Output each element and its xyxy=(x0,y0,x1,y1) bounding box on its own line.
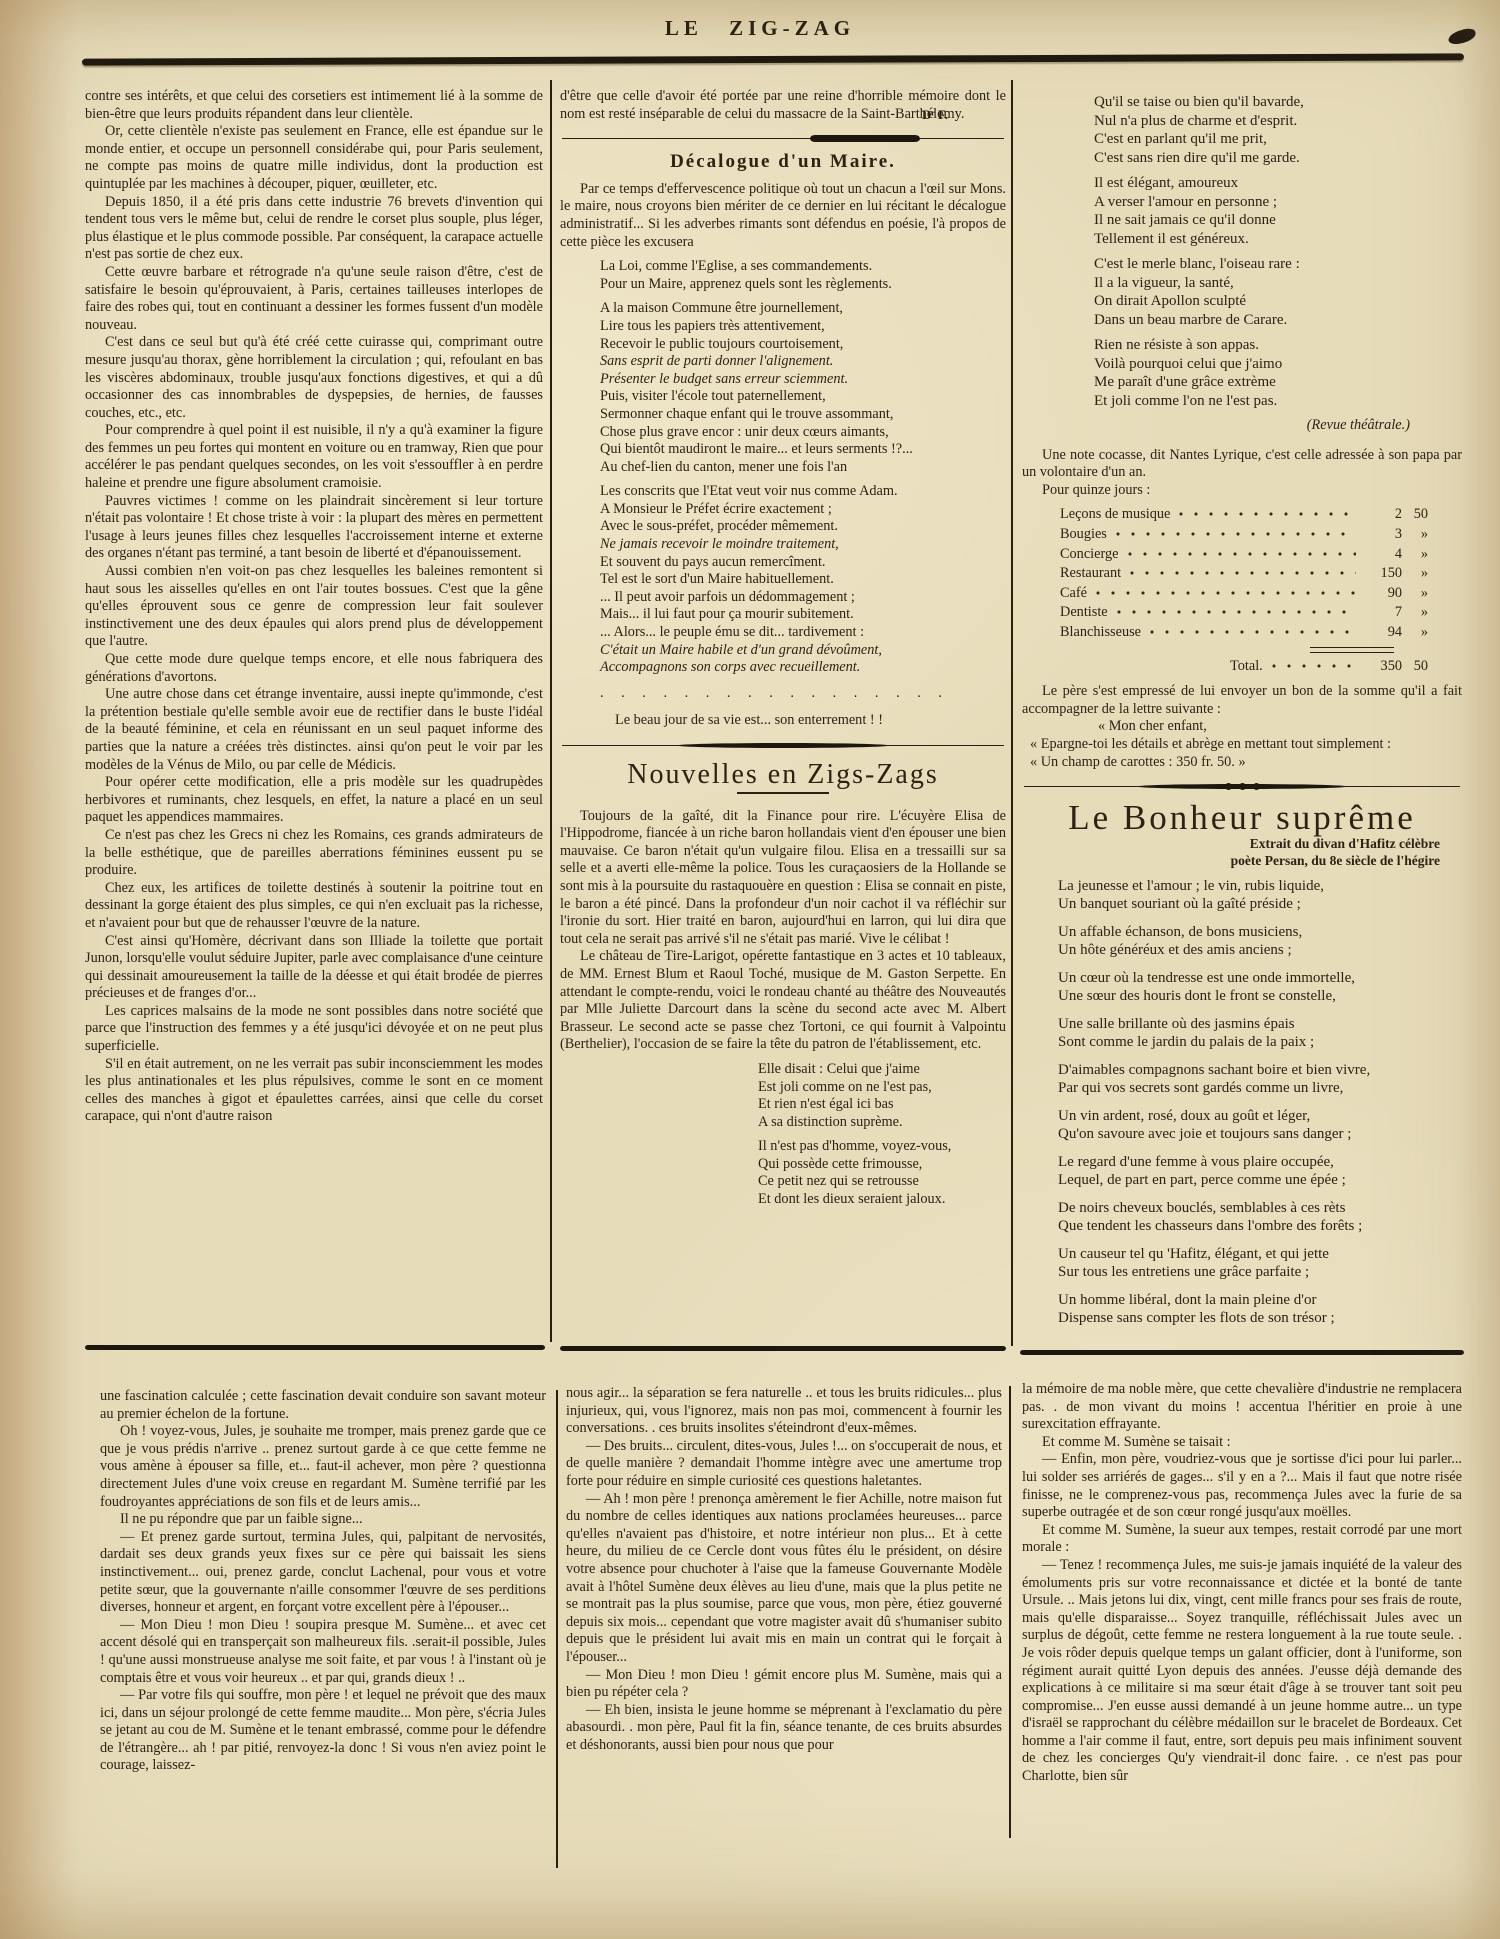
article-paragraph: Les caprices malsains de la mode ne sont… xyxy=(85,1003,543,1056)
decalogue-stanza: A la maison Commune être journellement,L… xyxy=(600,300,1006,476)
verse-line: Elle disait : Celui que j'aime xyxy=(758,1061,1006,1079)
feuilleton-paragraph: — Ah ! mon père ! prenonça amèrement le … xyxy=(566,1491,1002,1667)
note-paragraph: Pour quinze jours : xyxy=(1022,482,1462,500)
dot-leaders xyxy=(1095,584,1356,597)
dot-leaders xyxy=(1115,525,1356,538)
verse-line: C'est en parlant qu'il me prit, xyxy=(1094,130,1462,149)
feuilleton-paragraph: — Des bruits... circulent, dites-vous, J… xyxy=(566,1438,1002,1491)
rondeau-stanza: Elle disait : Celui que j'aimeEst joli c… xyxy=(758,1061,1006,1131)
feuilleton-paragraph: nous agir... la séparation se fera natur… xyxy=(566,1385,1002,1438)
bonheur-couplet: Un vin ardent, rosé, doux au goût et lég… xyxy=(1058,1107,1462,1144)
verse-line: Les conscrits que l'Etat veut voir nus c… xyxy=(600,483,1006,501)
feuilleton-column-1: une fascination calculée ; cette fascina… xyxy=(100,1388,546,1775)
verse-line: Et rien n'est égal ici bas xyxy=(758,1096,1006,1114)
poem-attribution: (Revue théâtrale.) xyxy=(1022,417,1462,435)
expense-amount: 2 xyxy=(1364,506,1402,524)
masthead-rule xyxy=(82,53,1464,65)
verse-line: Un affable échanson, de bons musiciens, xyxy=(1058,923,1462,942)
expense-label: Restaurant xyxy=(1060,565,1121,583)
feuilleton-paragraph: Et comme M. Sumène, la sueur aux tempes,… xyxy=(1022,1522,1462,1557)
feuilleton-paragraph: Et comme M. Sumène se taisait : xyxy=(1022,1434,1462,1452)
verse-line: Au chef-lien du canton, mener une fois l… xyxy=(600,459,1006,477)
verse-line: D'aimables compagnons sachant boire et b… xyxy=(1058,1061,1462,1080)
feuilleton-paragraph: — Tenez ! recommença Jules, me suis-je j… xyxy=(1022,1557,1462,1786)
verse-line: Qui bientôt maudiront le maire... et leu… xyxy=(600,441,1006,459)
article-paragraph: Cette œuvre barbare et rétrograde n'a qu… xyxy=(85,264,543,334)
expense-row: Restaurant 150 » xyxy=(1060,564,1428,583)
verse-line: A la maison Commune être journellement, xyxy=(600,300,1006,318)
total-amount: 350 xyxy=(1364,658,1402,676)
verse-line: C'est sans rien dire qu'il me garde. xyxy=(1094,149,1462,168)
dot-leaders xyxy=(1127,545,1357,558)
verse-line: Sont comme le jardin du palais de la pai… xyxy=(1058,1033,1462,1052)
expense-row: Leçons de musique 2 50 xyxy=(1060,505,1428,524)
verse-line: Et souvent du pays aucun remercîment. xyxy=(600,554,1006,572)
verse-line: Mais... il lui faut pour ça mourir subit… xyxy=(600,606,1006,624)
subtitle-line: poète Persan, du 8e siècle de l'hégire xyxy=(1022,852,1440,869)
verse-line: Le regard d'une femme à vous plaire occu… xyxy=(1058,1153,1462,1172)
letter-line: « Epargne-toi les détails et abrège en m… xyxy=(1022,736,1462,754)
bonheur-couplet: Un cœur où la tendresse est une onde imm… xyxy=(1058,969,1462,1006)
verse-line: Avec le sous-préfet, procéder mêmement. xyxy=(600,518,1006,536)
expense-label: Concierge xyxy=(1060,546,1119,564)
verse-line: Ne jamais recevoir le moindre traitement… xyxy=(600,536,1006,554)
expense-amount: 4 xyxy=(1364,546,1402,564)
article-title-bonheur: Le Bonheur suprême xyxy=(1022,809,1462,827)
feuilleton-paragraph: Il ne pu répondre que par un faible sign… xyxy=(100,1511,546,1529)
letter-line: « Mon cher enfant, xyxy=(1098,718,1462,736)
verse-line: Sermonner chaque enfant qui le trouve as… xyxy=(600,406,1006,424)
ornament-divider xyxy=(562,740,1004,752)
expense-list: Leçons de musique 2 50 Bougies 3 » Conci… xyxy=(1022,505,1462,675)
expense-label: Leçons de musique xyxy=(1060,506,1170,524)
verse-line: Et dont les dieux seraient jaloux. xyxy=(758,1191,1006,1209)
newspaper-page: LE ZIG-ZAG contre ses intérêts, et que c… xyxy=(0,0,1500,1939)
verse-line: Lequel, de part en part, perce comme une… xyxy=(1058,1171,1462,1190)
article-paragraph: C'est ainsi qu'Homère, décrivant dans so… xyxy=(85,933,543,1003)
article-paragraph: Que cette mode dure quelque temps encore… xyxy=(85,651,543,686)
verse-line: On dirait Apollon sculpté xyxy=(1094,292,1462,311)
verse-line: Nul n'a plus de charme et d'esprit. xyxy=(1094,112,1462,131)
verse-line: De noirs cheveux bouclés, semblables à c… xyxy=(1058,1199,1462,1218)
bonheur-couplet: La jeunesse et l'amour ; le vin, rubis l… xyxy=(1058,877,1462,914)
theatre-poem-stanza: C'est le merle blanc, l'oiseau rare :Il … xyxy=(1094,255,1462,329)
article-paragraph: Ce n'est pas chez les Grecs ni chez les … xyxy=(85,827,543,880)
feuilleton-paragraph: — Mon Dieu ! mon Dieu ! gémit encore plu… xyxy=(566,1667,1002,1702)
ornament-divider xyxy=(562,133,1004,145)
feuilleton-paragraph: — Enfin, mon père, voudriez-vous que je … xyxy=(1022,1451,1462,1521)
verse-line: Par qui vos secrets sont gardés comme un… xyxy=(1058,1079,1462,1098)
expense-label: Bougies xyxy=(1060,526,1107,544)
verse-line: A verser l'amour en personne ; xyxy=(1094,193,1462,212)
expense-amount: 94 xyxy=(1364,624,1402,642)
theatre-poem-stanza: Qu'il se taise ou bien qu'il bavarde,Nul… xyxy=(1094,93,1462,167)
theatre-poem-stanza: Il est élégant, amoureuxA verser l'amour… xyxy=(1094,174,1462,248)
verse-line: La Loi, comme l'Eglise, a ses commandeme… xyxy=(600,258,1006,276)
newspaper-title: LE ZIG-ZAG xyxy=(40,16,1480,41)
verse-line: Que tendent les chasseurs dans l'ombre d… xyxy=(1058,1217,1462,1236)
expense-row: Dentiste 7 » xyxy=(1060,603,1428,622)
feuilleton-paragraph: une fascination calculée ; cette fascina… xyxy=(100,1388,546,1423)
expense-amount: 90 xyxy=(1364,585,1402,603)
total-label: Total. xyxy=(1230,658,1263,676)
expense-cents: » xyxy=(1402,526,1428,544)
feuilleton-paragraph: — Mon Dieu ! mon Dieu ! soupira presque … xyxy=(100,1617,546,1687)
expense-cents: » xyxy=(1402,624,1428,642)
decalogue-closing: Le beau jour de sa vie est... son enterr… xyxy=(615,712,1006,730)
verse-line: Un homme libéral, dont la main pleine d'… xyxy=(1058,1291,1462,1310)
article-title-nouvelles: Nouvelles en Zigs-Zags xyxy=(560,766,1006,784)
divider-circles xyxy=(1239,783,1246,790)
expense-amount: 3 xyxy=(1364,526,1402,544)
feuilleton-paragraph: — Par votre fils qui souffre, mon père !… xyxy=(100,1687,546,1775)
divider-ornament xyxy=(810,135,920,142)
dot-leaders xyxy=(1178,505,1356,518)
article-paragraph: Depuis 1850, il a été pris dans cette in… xyxy=(85,194,543,264)
article-paragraph: C'est dans ce seul but qu'à été créé cet… xyxy=(85,334,543,422)
title-underline xyxy=(737,792,829,794)
verse-line: Chose plus grave encor : unir deux cœurs… xyxy=(600,424,1006,442)
expense-cents: » xyxy=(1402,604,1428,622)
right-column: Qu'il se taise ou bien qu'il bavarde,Nul… xyxy=(1022,86,1462,1337)
article-paragraph: Une autre chose dans cet étrange inventa… xyxy=(85,686,543,774)
section-rule xyxy=(85,1345,545,1350)
verse-line: Qui possède cette frimousse, xyxy=(758,1156,1006,1174)
expense-row: Blanchisseuse 94 » xyxy=(1060,623,1428,642)
verse-line: Présenter le budget sans erreur sciemmen… xyxy=(600,371,1006,389)
verse-line: Sans esprit de parti donner l'alignement… xyxy=(600,353,1006,371)
article-paragraph: Pour opérer cette modification, elle a p… xyxy=(85,774,543,827)
theatre-poem-stanza: Rien ne résiste à son appas.Voilà pourqu… xyxy=(1094,336,1462,410)
expense-cents: » xyxy=(1402,546,1428,564)
rondeau-stanza: Il n'est pas d'homme, voyez-vous,Qui pos… xyxy=(758,1138,1006,1208)
verse-line: Sur tous les entretiens une grâce parfai… xyxy=(1058,1263,1462,1282)
verse-line: Tellement il est généreux. xyxy=(1094,230,1462,249)
verse-line: Recevoir le public toujours courtoisemen… xyxy=(600,336,1006,354)
verse-line: Qu'il se taise ou bien qu'il bavarde, xyxy=(1094,93,1462,112)
divider-line xyxy=(562,138,1004,139)
article-corset-column: contre ses intérêts, et que celui des co… xyxy=(85,88,543,1126)
section-rule xyxy=(1020,1350,1464,1355)
verse-line: C'est le merle blanc, l'oiseau rare : xyxy=(1094,255,1462,274)
note-paragraph: Une note cocasse, dit Nantes Lyrique, c'… xyxy=(1022,447,1462,482)
article-paragraph: Chez eux, les artifices de toilette dest… xyxy=(85,880,543,933)
total-cents: 50 xyxy=(1402,658,1428,676)
verse-line: ... Il peut avoir parfois un dédommageme… xyxy=(600,589,1006,607)
verse-line: Il n'est pas d'homme, voyez-vous, xyxy=(758,1138,1006,1156)
expense-cents: » xyxy=(1402,585,1428,603)
verse-line: Puis, visiter l'école tout paternellemen… xyxy=(600,388,1006,406)
verse-line: Un causeur tel qu 'Hafitz, élégant, et q… xyxy=(1058,1245,1462,1264)
total-rule xyxy=(1310,647,1394,653)
feuilleton-paragraph: — Eh bien, insista le jeune homme se mép… xyxy=(566,1702,1002,1755)
dotted-separator: . . . . . . . . . . . . . . . . . xyxy=(600,685,1006,703)
expense-row: Café 90 » xyxy=(1060,584,1428,603)
verse-line: Il a la vigueur, la santé, xyxy=(1094,274,1462,293)
column-divider xyxy=(550,80,552,1342)
verse-line: Un hôte généréux et des amis anciens ; xyxy=(1058,941,1462,960)
verse-line: Ce petit nez qui se retrousse xyxy=(758,1173,1006,1191)
article-title-decalogue: Décalogue d'un Maire. xyxy=(560,153,1006,171)
verse-line: Il ne sait jamais ce qu'il donne xyxy=(1094,211,1462,230)
article-paragraph: Pour comprendre à quel point il est nuis… xyxy=(85,422,543,492)
column-divider xyxy=(1011,80,1013,1346)
subtitle-line: Extrait du divan d'Hafitz célèbre xyxy=(1022,835,1440,852)
expense-row: Bougies 3 » xyxy=(1060,525,1428,544)
verse-line: Pour un Maire, apprenez quels sont les r… xyxy=(600,276,1006,294)
bonheur-couplet: Un affable échanson, de bons musiciens,U… xyxy=(1058,923,1462,960)
article-paragraph: Pauvres victimes ! comme on les plaindra… xyxy=(85,493,543,563)
verse-line: A sa distinction suprème. xyxy=(758,1114,1006,1132)
verse-line: Il est élégant, amoureux xyxy=(1094,174,1462,193)
verse-line: Et joli comme l'on ne l'est pas. xyxy=(1094,392,1462,411)
ornament-divider xyxy=(1024,781,1460,793)
expense-cents: 50 xyxy=(1402,506,1428,524)
section-rule xyxy=(560,1346,1006,1351)
center-column: d'être que celle d'avoir été portée par … xyxy=(560,88,1006,1216)
feuilleton-paragraph: la mémoire de ma noble mère, que cette c… xyxy=(1022,1381,1462,1434)
verse-line: Dispense sans compter les flots de son t… xyxy=(1058,1309,1462,1328)
verse-line: Me paraît d'une grâce extrème xyxy=(1094,373,1462,392)
verse-line: Lire tous les papiers très attentivement… xyxy=(600,318,1006,336)
column-divider xyxy=(1009,1386,1011,1838)
verse-line: Accompagnons son corps avec recueillemen… xyxy=(600,659,1006,677)
article-paragraph: Aussi combien n'en voit-on pas chez lesq… xyxy=(85,563,543,651)
expense-amount: 7 xyxy=(1364,604,1402,622)
decalogue-intro: Par ce temps d'effervescence politique o… xyxy=(560,181,1006,251)
expense-label: Café xyxy=(1060,585,1087,603)
verse-line: A Monsieur le Préfet écrire exactement ; xyxy=(600,501,1006,519)
verse-line: Qu'on savoure avec joie et toujours sans… xyxy=(1058,1125,1462,1144)
article-paragraph: Or, cette clientèle n'existe pas seuleme… xyxy=(85,123,543,193)
verse-line: ... Alors... le peuple ému se dit... tar… xyxy=(600,624,1006,642)
verse-line: Tel est le sort d'un Maire habituellemen… xyxy=(600,571,1006,589)
verse-line: C'était un Maire habile et d'un grand dé… xyxy=(600,642,1006,660)
verse-line: Voilà pourquoi celui que j'aimo xyxy=(1094,355,1462,374)
dot-leaders xyxy=(1116,603,1356,616)
expense-label: Blanchisseuse xyxy=(1060,624,1141,642)
decalogue-stanza: Les conscrits que l'Etat veut voir nus c… xyxy=(600,483,1006,677)
bonheur-couplet: Un causeur tel qu 'Hafitz, élégant, et q… xyxy=(1058,1245,1462,1282)
bonheur-subtitle: Extrait du divan d'Hafitz célèbre poète … xyxy=(1022,835,1462,869)
note-paragraph: Le père s'est empressé de lui envoyer un… xyxy=(1022,683,1462,718)
dot-leaders xyxy=(1271,657,1356,670)
bonheur-couplet: Un homme libéral, dont la main pleine d'… xyxy=(1058,1291,1462,1328)
article-paragraph: S'il en était autrement, on ne les verra… xyxy=(85,1056,543,1126)
verse-line: Un vin ardent, rosé, doux au goût et lég… xyxy=(1058,1107,1462,1126)
verse-line: Rien ne résiste à son appas. xyxy=(1094,336,1462,355)
verse-line: Une sœur des houris dont le front se con… xyxy=(1058,987,1462,1006)
verse-line: Une salle brillante où des jasmins épais xyxy=(1058,1015,1462,1034)
expense-label: Dentiste xyxy=(1060,604,1108,622)
bonheur-couplet: Une salle brillante où des jasmins épais… xyxy=(1058,1015,1462,1052)
feuilleton-paragraph: — Et prenez garde surtout, termina Jules… xyxy=(100,1529,546,1617)
dot-leaders xyxy=(1149,623,1356,636)
verse-line: Un banquet souriant où la gaîté préside … xyxy=(1058,895,1462,914)
verse-line: Dans un beau marbre de Carare. xyxy=(1094,311,1462,330)
decalogue-stanza: La Loi, comme l'Eglise, a ses commandeme… xyxy=(600,258,1006,293)
bonheur-couplet: De noirs cheveux bouclés, semblables à c… xyxy=(1058,1199,1462,1236)
verse-line: Est joli comme on ne l'est pas, xyxy=(758,1079,1006,1097)
expense-cents: » xyxy=(1402,565,1428,583)
feuilleton-column-2: nous agir... la séparation se fera natur… xyxy=(566,1385,1002,1754)
verse-line: La jeunesse et l'amour ; le vin, rubis l… xyxy=(1058,877,1462,896)
nouvelles-paragraph: Le château de Tire-Larigot, opérette fan… xyxy=(560,948,1006,1054)
feuilleton-column-3: la mémoire de ma noble mère, que cette c… xyxy=(1022,1381,1462,1786)
nouvelles-paragraph: Toujours de la gaîté, dit la Finance pou… xyxy=(560,808,1006,949)
feuilleton-paragraph: Oh ! voyez-vous, Jules, je souhaite me t… xyxy=(100,1423,546,1511)
column-divider xyxy=(556,1390,558,1868)
bonheur-couplet: Le regard d'une femme à vous plaire occu… xyxy=(1058,1153,1462,1190)
verse-line: Un cœur où la tendresse est une onde imm… xyxy=(1058,969,1462,988)
divider-ornament xyxy=(677,743,889,748)
letter-line: « Un champ de carottes : 350 fr. 50. » xyxy=(1022,754,1462,772)
expense-row: Concierge 4 » xyxy=(1060,545,1428,564)
bonheur-couplet: D'aimables compagnons sachant boire et b… xyxy=(1058,1061,1462,1098)
dot-leaders xyxy=(1129,564,1356,577)
expense-total-row: Total. 350 50 xyxy=(1230,657,1428,676)
expense-amount: 150 xyxy=(1364,565,1402,583)
article-paragraph: contre ses intérêts, et que celui des co… xyxy=(85,88,543,123)
